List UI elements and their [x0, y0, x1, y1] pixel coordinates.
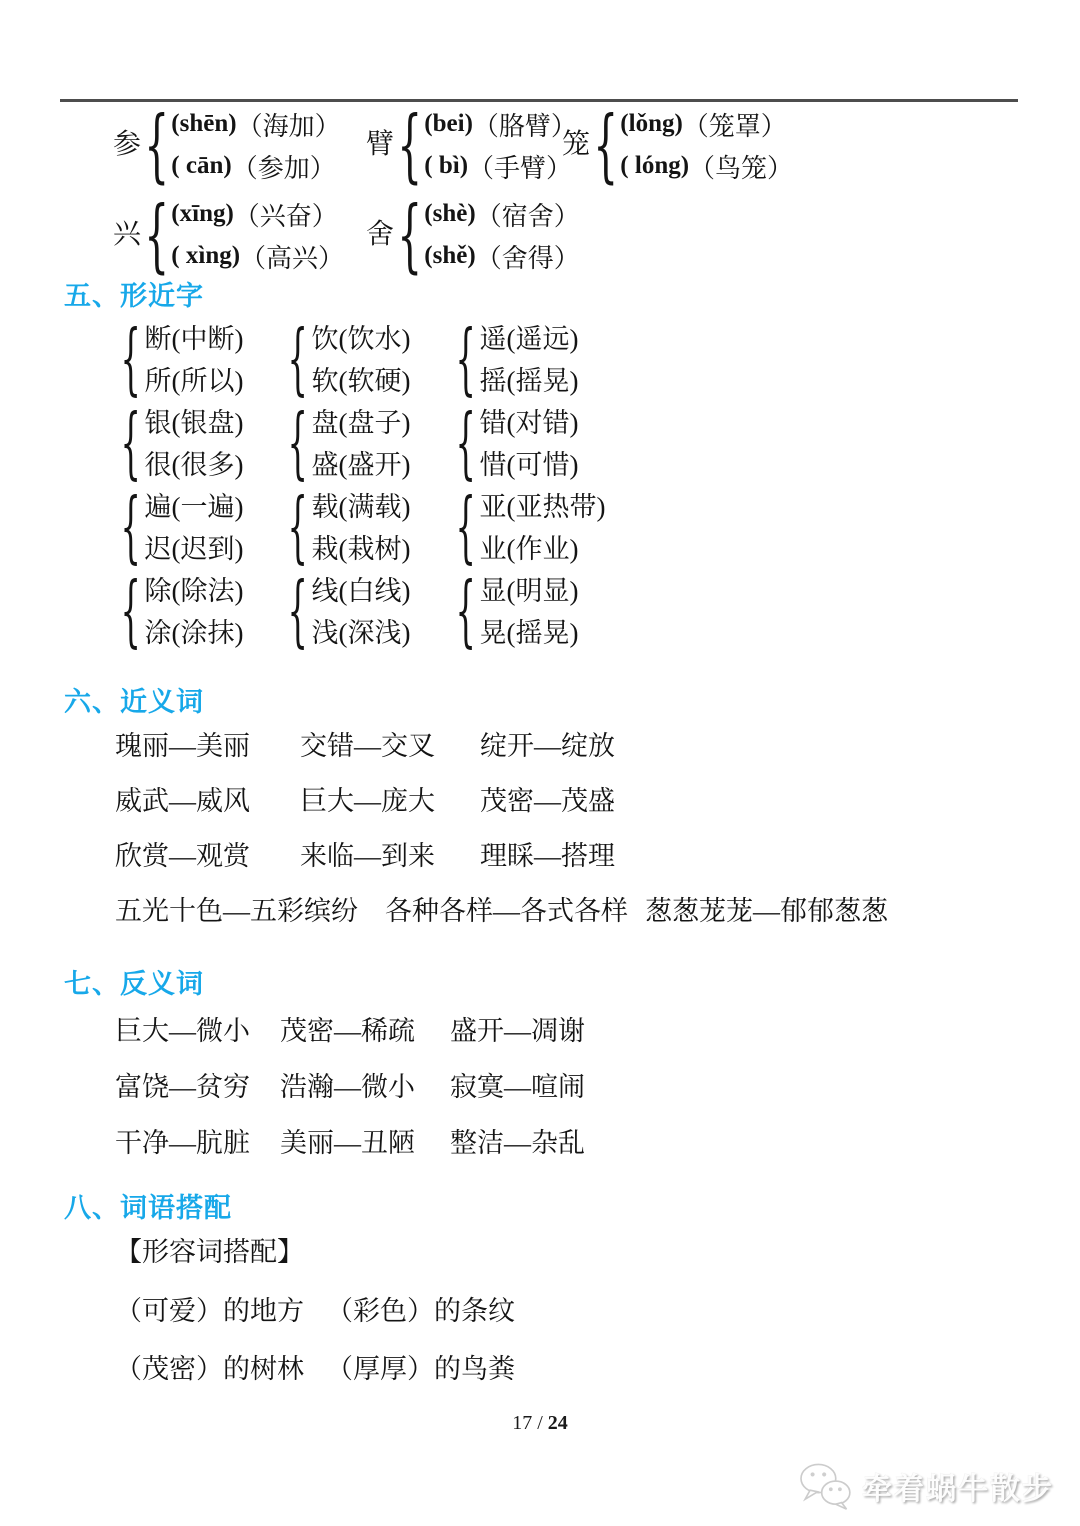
synonym-pair: 茂密—茂盛 — [480, 779, 615, 818]
synonym-pair: 欣赏—观赏 — [115, 834, 300, 873]
similar-char-item: 软(软硬) — [311, 360, 410, 402]
collocation-line: （茂密）的树林 （厚厚）的鸟粪 — [115, 1355, 515, 1383]
example-word: （兴奋） — [234, 196, 338, 233]
pinyin: ( bì) — [424, 152, 468, 180]
pair-row: { 除(除法) 涂(涂抹) { 线(白线) 浅(深浅) { 显(明显) 晃(摇晃… — [118, 570, 948, 654]
pinyin-entry: (shēn) （海加） — [171, 103, 340, 145]
pinyin-entry: ( cān) （参加） — [171, 145, 340, 187]
similar-char-pair: { 盘(盘子) 盛(盛开) — [285, 402, 453, 486]
pinyin: ( cān) — [171, 152, 231, 180]
pinyin: (bei) — [424, 110, 473, 138]
collocation-item: （茂密）的树林 — [115, 1355, 304, 1383]
pinyin: (xīng) — [171, 200, 234, 228]
page-current: 17 — [512, 1412, 532, 1434]
antonym-pair: 干净—肮脏 — [115, 1121, 280, 1160]
brace-icon: { — [593, 73, 618, 217]
antonym-row: 干净—肮脏 美丽—丑陋 整洁—杂乱 — [115, 1126, 585, 1154]
pinyin-entry: (shě) （舍得） — [424, 235, 579, 277]
synonym-row: 欣赏—观赏 来临—到来 理睬—搭理 — [115, 839, 888, 867]
wechat-icon — [798, 1462, 852, 1510]
example-word: （笼罩） — [683, 106, 787, 143]
collocation-item: （可爱）的地方 — [115, 1297, 304, 1325]
page-number: 17 / 24 — [0, 1412, 1080, 1435]
polyphonic-row: 兴 { (xīng) （兴奋） ( xìng) （高兴） 舍 { — [113, 193, 1033, 277]
page-total: 24 — [548, 1412, 568, 1434]
similar-char-item: 遥(遥远) — [479, 318, 578, 360]
pinyin-entry: ( lóng) （鸟笼） — [620, 145, 793, 187]
antonym-pair: 美丽—丑陋 — [280, 1121, 450, 1160]
antonym-pair: 盛开—凋谢 — [450, 1009, 585, 1048]
antonym-pair: 富饶—贫穷 — [115, 1065, 280, 1104]
top-divider — [60, 99, 1018, 102]
pinyin-entry: (lǒng) （笼罩） — [620, 103, 793, 145]
synonym-pair: 威武—威风 — [115, 779, 300, 818]
example-word: （舍得） — [476, 238, 580, 275]
antonym-pair: 寂寞—喧闹 — [450, 1065, 585, 1104]
synonym-pair: 理睬—搭理 — [480, 834, 615, 873]
synonym-pair: 巨大—庞大 — [300, 779, 480, 818]
similar-char-pair: { 银(银盘) 很(很多) — [118, 402, 285, 486]
synonym-pair: 交错—交叉 — [300, 724, 480, 763]
polyphonic-section: 参 { (shēn) （海加） ( cān) （参加） 臂 { — [113, 103, 1033, 277]
pinyin-entry: (xīng) （兴奋） — [171, 193, 344, 235]
similar-char-item: 盘(盘子) — [311, 402, 410, 444]
pinyin: (lǒng) — [620, 110, 683, 138]
example-word: （参加） — [232, 148, 336, 185]
polyphonic-group-bi: 臂 { (bei) （胳臂） ( bì) （手臂） — [366, 103, 562, 187]
collocation-subtitle: 【形容词搭配】 — [115, 1238, 515, 1266]
similar-characters-grid: { 断(中断) 所(所以) { 饮(饮水) 软(软硬) { 遥(遥远) 摇(摇晃… — [118, 318, 948, 654]
similar-char-pair: { 线(白线) 浅(深浅) — [285, 570, 453, 654]
example-word: （高兴） — [240, 238, 344, 275]
similar-char-item: 载(满载) — [311, 486, 410, 528]
pinyin: (shè) — [424, 200, 475, 228]
collocations-block: 【形容词搭配】 （可爱）的地方 （彩色）的条纹 （茂密）的树林 （厚厚）的鸟粪 — [115, 1238, 515, 1413]
pinyin: ( xìng) — [171, 242, 240, 270]
pair-row: { 遍(一遍) 迟(迟到) { 载(满载) 栽(栽树) { 亚(亚热带) 业(作… — [118, 486, 948, 570]
similar-char-item: 遍(一遍) — [144, 486, 243, 528]
section-title-antonyms: 七、反义词 — [64, 962, 204, 1001]
polyphonic-group-xing: 兴 { (xīng) （兴奋） ( xìng) （高兴） — [113, 193, 366, 277]
synonym-pair: 五光十色—五彩缤纷 — [115, 889, 385, 928]
synonym-pair: 葱葱茏茏—郁郁葱葱 — [645, 889, 888, 928]
example-word: （手臂） — [468, 148, 572, 185]
collocation-item: （厚厚）的鸟粪 — [326, 1355, 515, 1383]
similar-char-item: 很(很多) — [144, 444, 243, 486]
example-word: （鸟笼） — [689, 148, 793, 185]
similar-char-item: 迟(迟到) — [144, 528, 243, 570]
pinyin-entry: (bei) （胳臂） — [424, 103, 577, 145]
antonym-pair: 浩瀚—微小 — [280, 1065, 450, 1104]
similar-char-pair: { 饮(饮水) 软(软硬) — [285, 318, 453, 402]
collocation-line: （可爱）的地方 （彩色）的条纹 — [115, 1297, 515, 1325]
similar-char-item: 银(银盘) — [144, 402, 243, 444]
pair-row: { 银(银盘) 很(很多) { 盘(盘子) 盛(盛开) { 错(对错) 惜(可惜… — [118, 402, 948, 486]
pair-row: { 断(中断) 所(所以) { 饮(饮水) 软(软硬) { 遥(遥远) 摇(摇晃… — [118, 318, 948, 402]
synonym-pair: 绽开—绽放 — [480, 724, 615, 763]
similar-char-pair: { 显(明显) 晃(摇晃) — [453, 570, 578, 654]
pinyin-entry: ( bì) （手臂） — [424, 145, 577, 187]
pinyin: ( lóng) — [620, 152, 689, 180]
collocation-item: （彩色）的条纹 — [326, 1297, 515, 1325]
polyphonic-char: 兴 — [113, 221, 141, 249]
similar-char-item: 摇(摇晃) — [479, 360, 578, 402]
similar-char-item: 除(除法) — [144, 570, 243, 612]
similar-char-item: 涂(涂抹) — [144, 612, 243, 654]
worksheet-page: 参 { (shēn) （海加） ( cān) （参加） 臂 { — [0, 0, 1080, 1526]
similar-char-item: 饮(饮水) — [311, 318, 410, 360]
polyphonic-char: 参 — [113, 131, 141, 159]
antonyms-list: 巨大—微小 茂密—稀疏 盛开—凋谢 富饶—贫穷 浩瀚—微小 寂寞—喧闹 干净—肮… — [115, 1014, 585, 1182]
polyphonic-group-she: 舍 { (shè) （宿舍） (shě) （舍得） — [366, 193, 562, 277]
similar-char-item: 显(明显) — [479, 570, 578, 612]
brace-icon: { — [288, 530, 308, 694]
antonym-pair: 巨大—微小 — [115, 1009, 280, 1048]
antonym-row: 富饶—贫穷 浩瀚—微小 寂寞—喧闹 — [115, 1070, 585, 1098]
similar-char-item: 线(白线) — [311, 570, 410, 612]
brace-icon: { — [397, 163, 422, 307]
similar-char-pair: { 遍(一遍) 迟(迟到) — [118, 486, 285, 570]
pinyin: (shě) — [424, 242, 475, 270]
polyphonic-row: 参 { (shēn) （海加） ( cān) （参加） 臂 { — [113, 103, 1033, 187]
synonym-pair: 各种各样—各式各样 — [385, 889, 645, 928]
similar-char-item: 盛(盛开) — [311, 444, 410, 486]
similar-char-item: 亚(亚热带) — [479, 486, 605, 528]
similar-char-item: 错(对错) — [479, 402, 578, 444]
brace-icon: { — [121, 530, 141, 694]
similar-char-item: 所(所以) — [144, 360, 243, 402]
section-title-synonyms: 六、近义词 — [64, 680, 204, 719]
brace-icon: { — [456, 530, 476, 694]
synonyms-list: 瑰丽—美丽 交错—交叉 绽开—绽放 威武—威风 巨大—庞大 茂密—茂盛 欣赏—观… — [115, 729, 888, 949]
similar-char-pair: { 载(满载) 栽(栽树) — [285, 486, 453, 570]
polyphonic-group-long: 笼 { (lǒng) （笼罩） ( lóng) （鸟笼） — [562, 103, 793, 187]
synonym-pair: 瑰丽—美丽 — [115, 724, 300, 763]
example-word: （海加） — [237, 106, 341, 143]
similar-char-item: 晃(摇晃) — [479, 612, 578, 654]
page-separator: / — [532, 1412, 548, 1434]
synonym-row: 威武—威风 巨大—庞大 茂密—茂盛 — [115, 784, 888, 812]
pinyin: (shēn) — [171, 110, 236, 138]
polyphonic-char: 臂 — [366, 131, 394, 159]
section-title-collocations: 八、词语搭配 — [64, 1186, 232, 1225]
similar-char-item: 栽(栽树) — [311, 528, 410, 570]
example-word: （宿舍） — [476, 196, 580, 233]
similar-char-item: 业(作业) — [479, 528, 605, 570]
antonym-pair: 茂密—稀疏 — [280, 1009, 450, 1048]
similar-char-item: 浅(深浅) — [311, 612, 410, 654]
similar-char-item: 惜(可惜) — [479, 444, 578, 486]
watermark-text: 牵着蜗牛散步 — [862, 1464, 1054, 1508]
similar-char-item: 断(中断) — [144, 318, 243, 360]
similar-char-pair: { 除(除法) 涂(涂抹) — [118, 570, 285, 654]
watermark: 牵着蜗牛散步 — [798, 1462, 1054, 1510]
synonym-pair: 来临—到来 — [300, 834, 480, 873]
synonym-row: 五光十色—五彩缤纷 各种各样—各式各样 葱葱茏茏—郁郁葱葱 — [115, 894, 888, 922]
pinyin-entry: ( xìng) （高兴） — [171, 235, 344, 277]
pinyin-entry: (shè) （宿舍） — [424, 193, 579, 235]
polyphonic-char: 舍 — [366, 221, 394, 249]
synonym-row: 瑰丽—美丽 交错—交叉 绽开—绽放 — [115, 729, 888, 757]
polyphonic-char: 笼 — [562, 131, 590, 159]
similar-char-pair: { 断(中断) 所(所以) — [118, 318, 285, 402]
antonym-pair: 整洁—杂乱 — [450, 1121, 585, 1160]
antonym-row: 巨大—微小 茂密—稀疏 盛开—凋谢 — [115, 1014, 585, 1042]
